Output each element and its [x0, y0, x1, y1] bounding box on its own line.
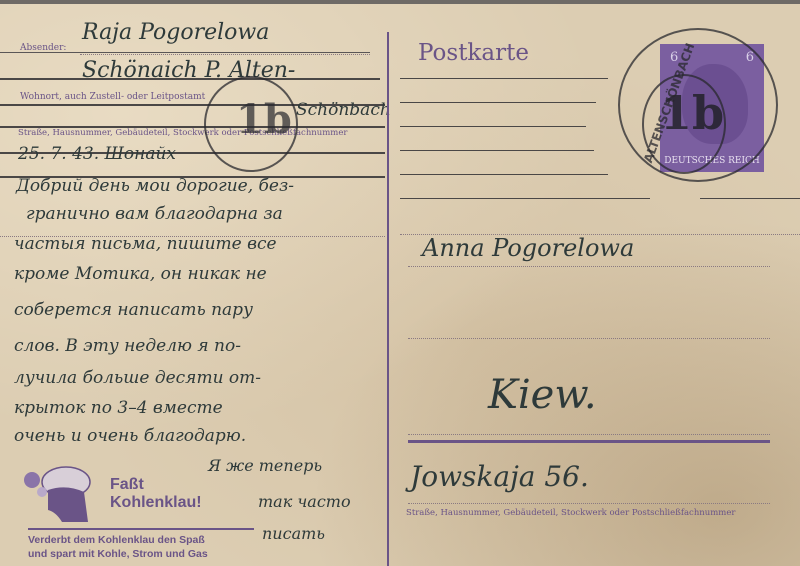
letter-line: слов. В эту неделю я по- — [14, 336, 241, 356]
wohnort-label: Wohnort, auch Zustell- oder Leitpostamt — [20, 92, 205, 102]
letter-line: кроме Мотика, он никак не — [14, 264, 267, 284]
address-dotted-rule — [408, 338, 770, 339]
address-rule — [400, 174, 608, 175]
letter-line: частыя письма, пишите все — [14, 234, 277, 254]
advert-text: Verderbt dem Kohlenklau den Spaß und spa… — [28, 533, 208, 561]
letter-line: крыток по 3–4 вместе — [14, 398, 223, 418]
divider-line — [387, 32, 389, 566]
postcard: Absender: Wohnort, auch Zustell- oder Le… — [0, 0, 800, 566]
letter-line: так часто — [258, 492, 351, 511]
advert-rule — [28, 528, 254, 530]
address-rule — [400, 126, 586, 127]
address-rule — [400, 150, 594, 151]
address-rule — [400, 78, 608, 79]
recipient-street-label: Straße, Hausnummer, Gebäudeteil, Stockwe… — [406, 508, 735, 518]
strasse-label: Straße, Hausnummer, Gebäudeteil, Stockwe… — [18, 128, 347, 138]
letter-line: Я же теперь — [208, 456, 322, 475]
card-title: Postkarte — [418, 40, 529, 66]
advert-title: Faßt Kohlenklau! — [110, 476, 202, 512]
address-dotted-rule — [408, 503, 770, 504]
scan-edge — [0, 0, 800, 4]
address-rule — [700, 198, 800, 199]
sender-box-mark: 1b — [236, 96, 292, 143]
letter-line: гранично вам благодарна за — [26, 204, 283, 224]
recipient-name: Anna Pogorelowa — [422, 234, 634, 262]
kohlenklau-figure-icon — [22, 464, 94, 524]
sender-dotted-rule — [80, 54, 370, 55]
letter-line: Добрий день мои дорогие, без- — [16, 176, 294, 196]
sender-stamp-text: Schönbach — [296, 100, 391, 120]
address-rule — [400, 198, 650, 199]
advert-title-line1: Faßt — [110, 476, 202, 494]
sender-name: Raja Pogorelowa — [82, 20, 269, 45]
address-rule — [400, 102, 596, 103]
advert-text-line2: und spart mit Kohle, Strom und Gas — [28, 547, 208, 561]
letter-line: очень и очень благодарю. — [14, 426, 246, 446]
city-underline — [408, 440, 770, 443]
address-dotted-rule — [408, 434, 770, 435]
advert-title-line2: Kohlenklau! — [110, 494, 202, 512]
letter-line: 25. 7. 43. Шонайх — [18, 144, 176, 164]
recipient-street: Jowskaja 56. — [410, 460, 589, 493]
advert-text-line1: Verderbt dem Kohlenklau den Spaß — [28, 533, 208, 547]
letter-line: соберется написать пару — [14, 300, 253, 320]
recipient-city: Kiew. — [488, 372, 597, 418]
absender-label: Absender: — [20, 43, 66, 53]
letter-line: писать — [262, 524, 325, 543]
letter-line: лучила больше десяти от- — [14, 368, 261, 388]
address-dotted-rule — [408, 266, 770, 267]
